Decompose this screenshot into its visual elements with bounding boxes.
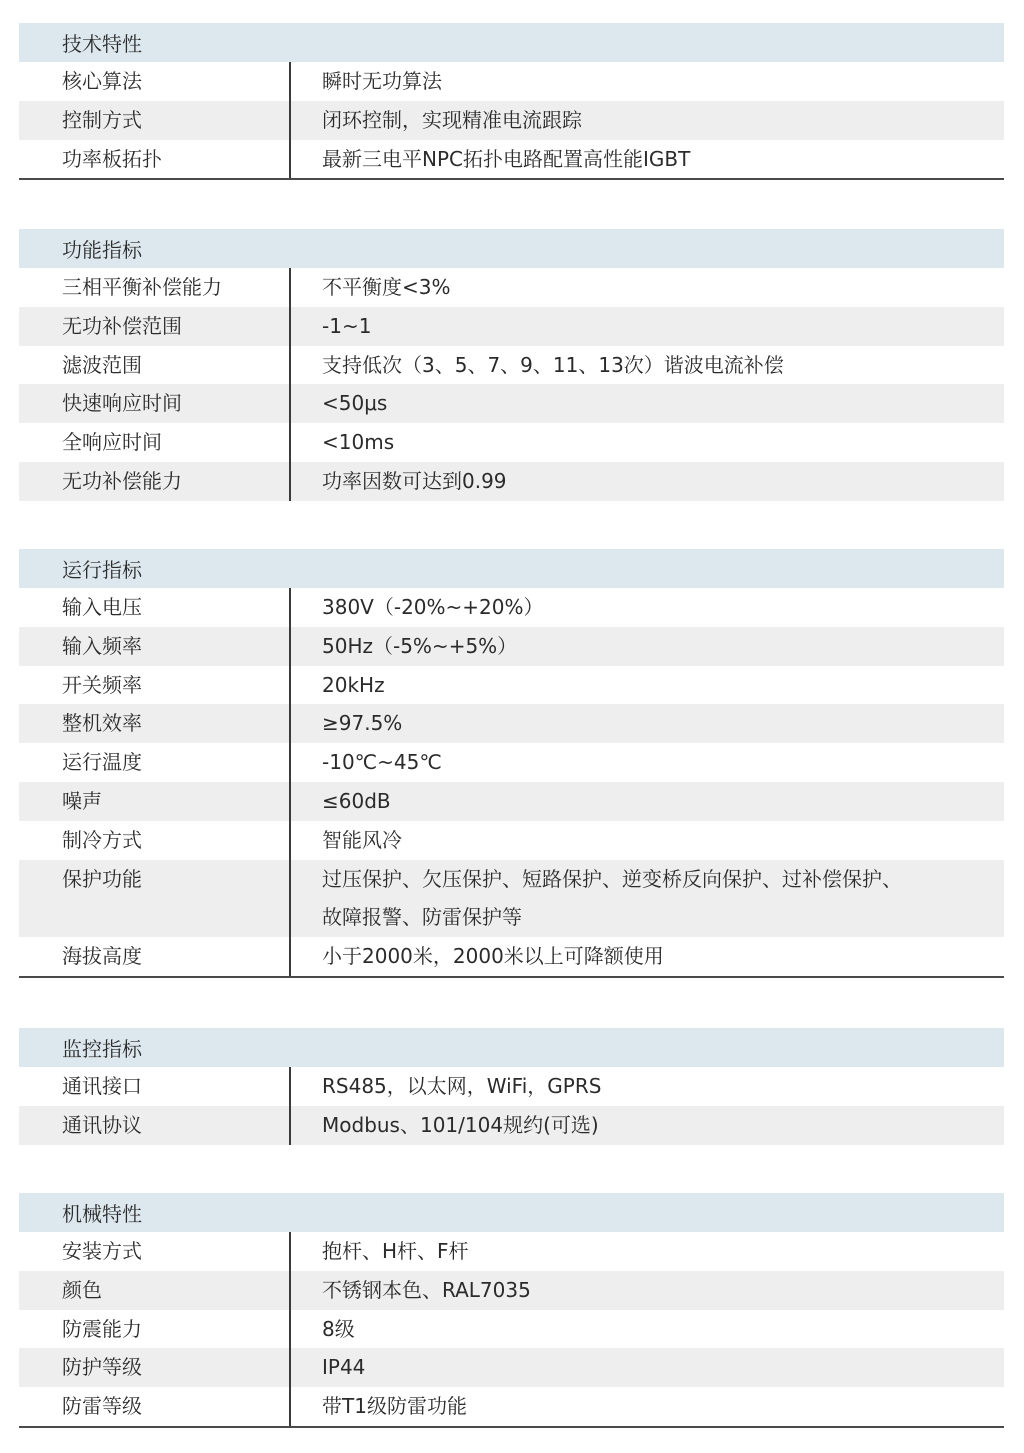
row-value: -1~1: [291, 307, 1004, 346]
row-value: 380V（-20%~+20%）: [291, 588, 1004, 627]
spec-section-mechanical: 机械特性 安装方式 抱杆、H杆、F杆 颜色 不锈钢本色、RAL7035 防震能力…: [19, 1193, 1004, 1428]
table-row: 安装方式 抱杆、H杆、F杆: [19, 1232, 1004, 1271]
row-key: 保护功能: [19, 860, 291, 938]
table-row: 通讯协议 Modbus、101/104规约(可选): [19, 1106, 1004, 1145]
row-key: 通讯接口: [19, 1067, 291, 1106]
table-row: 核心算法 瞬时无功算法: [19, 62, 1004, 101]
table-row: 全响应时间 <10ms: [19, 423, 1004, 462]
row-value: 不平衡度<3%: [291, 268, 1004, 307]
row-value: 功率因数可达到0.99: [291, 462, 1004, 501]
row-key: 颜色: [19, 1271, 291, 1310]
row-key: 无功补偿能力: [19, 462, 291, 501]
table-row: 滤波范围 支持低次（3、5、7、9、11、13次）谐波电流补偿: [19, 346, 1004, 385]
table-row: 保护功能 过压保护、欠压保护、短路保护、逆变桥反向保护、过补偿保护、 故障报警、…: [19, 860, 1004, 938]
row-value: 智能风冷: [291, 821, 1004, 860]
row-key: 无功补偿范围: [19, 307, 291, 346]
section-title: 功能指标: [19, 229, 1004, 268]
spec-section-technical: 技术特性 核心算法 瞬时无功算法 控制方式 闭环控制，实现精准电流跟踪 功率板拓…: [19, 23, 1004, 180]
row-value: 抱杆、H杆、F杆: [291, 1232, 1004, 1271]
section-title: 监控指标: [19, 1028, 1004, 1067]
row-value: Modbus、101/104规约(可选): [291, 1106, 1004, 1145]
table-row: 三相平衡补偿能力 不平衡度<3%: [19, 268, 1004, 307]
row-key: 功率板拓扑: [19, 140, 291, 179]
row-key: 控制方式: [19, 101, 291, 140]
spec-section-operating: 运行指标 输入电压 380V（-20%~+20%） 输入频率 50Hz（-5%~…: [19, 549, 1004, 978]
row-value: 小于2000米，2000米以上可降额使用: [291, 937, 1004, 976]
spec-table: 安装方式 抱杆、H杆、F杆 颜色 不锈钢本色、RAL7035 防震能力 8级 防…: [19, 1232, 1004, 1428]
row-value: 20kHz: [291, 666, 1004, 705]
row-key: 全响应时间: [19, 423, 291, 462]
row-value: <10ms: [291, 423, 1004, 462]
row-value: ≤60dB: [291, 782, 1004, 821]
row-value: ≥97.5%: [291, 704, 1004, 743]
table-row: 防雷等级 带T1级防雷功能: [19, 1387, 1004, 1426]
spec-table: 通讯接口 RS485，以太网，WiFi，GPRS 通讯协议 Modbus、101…: [19, 1067, 1004, 1145]
table-row: 通讯接口 RS485，以太网，WiFi，GPRS: [19, 1067, 1004, 1106]
spec-table: 核心算法 瞬时无功算法 控制方式 闭环控制，实现精准电流跟踪 功率板拓扑 最新三…: [19, 62, 1004, 180]
spec-section-functional: 功能指标 三相平衡补偿能力 不平衡度<3% 无功补偿范围 -1~1 滤波范围 支…: [19, 229, 1004, 501]
row-value: 8级: [291, 1310, 1004, 1349]
row-key: 安装方式: [19, 1232, 291, 1271]
table-row: 控制方式 闭环控制，实现精准电流跟踪: [19, 101, 1004, 140]
table-row: 输入频率 50Hz（-5%~+5%）: [19, 627, 1004, 666]
row-key: 整机效率: [19, 704, 291, 743]
table-row: 防震能力 8级: [19, 1310, 1004, 1349]
table-row: 运行温度 -10℃~45℃: [19, 743, 1004, 782]
row-value: 50Hz（-5%~+5%）: [291, 627, 1004, 666]
row-value: RS485，以太网，WiFi，GPRS: [291, 1067, 1004, 1106]
row-key: 海拔高度: [19, 937, 291, 976]
row-key: 输入频率: [19, 627, 291, 666]
row-key: 输入电压: [19, 588, 291, 627]
row-value: <50μs: [291, 384, 1004, 423]
row-value: IP44: [291, 1348, 1004, 1387]
table-row: 颜色 不锈钢本色、RAL7035: [19, 1271, 1004, 1310]
table-row: 制冷方式 智能风冷: [19, 821, 1004, 860]
spec-table: 输入电压 380V（-20%~+20%） 输入频率 50Hz（-5%~+5%） …: [19, 588, 1004, 978]
row-value: 闭环控制，实现精准电流跟踪: [291, 101, 1004, 140]
table-row: 无功补偿范围 -1~1: [19, 307, 1004, 346]
row-key: 三相平衡补偿能力: [19, 268, 291, 307]
table-row: 噪声 ≤60dB: [19, 782, 1004, 821]
row-key: 快速响应时间: [19, 384, 291, 423]
table-row: 海拔高度 小于2000米，2000米以上可降额使用: [19, 937, 1004, 976]
table-row: 防护等级 IP44: [19, 1348, 1004, 1387]
row-key: 防雷等级: [19, 1387, 291, 1426]
spec-table: 三相平衡补偿能力 不平衡度<3% 无功补偿范围 -1~1 滤波范围 支持低次（3…: [19, 268, 1004, 501]
spec-section-monitoring: 监控指标 通讯接口 RS485，以太网，WiFi，GPRS 通讯协议 Modbu…: [19, 1028, 1004, 1145]
row-value: 带T1级防雷功能: [291, 1387, 1004, 1426]
row-value: -10℃~45℃: [291, 743, 1004, 782]
table-row: 开关频率 20kHz: [19, 666, 1004, 705]
row-key: 滤波范围: [19, 346, 291, 385]
row-key: 开关频率: [19, 666, 291, 705]
table-row: 无功补偿能力 功率因数可达到0.99: [19, 462, 1004, 501]
row-value: 过压保护、欠压保护、短路保护、逆变桥反向保护、过补偿保护、 故障报警、防雷保护等: [291, 860, 1004, 938]
table-row: 快速响应时间 <50μs: [19, 384, 1004, 423]
row-value: 支持低次（3、5、7、9、11、13次）谐波电流补偿: [291, 346, 1004, 385]
section-title: 技术特性: [19, 23, 1004, 62]
row-key: 通讯协议: [19, 1106, 291, 1145]
row-key: 制冷方式: [19, 821, 291, 860]
table-row: 整机效率 ≥97.5%: [19, 704, 1004, 743]
row-key: 防护等级: [19, 1348, 291, 1387]
table-row: 功率板拓扑 最新三电平NPC拓扑电路配置高性能IGBT: [19, 140, 1004, 179]
table-row: 输入电压 380V（-20%~+20%）: [19, 588, 1004, 627]
row-key: 噪声: [19, 782, 291, 821]
row-key: 运行温度: [19, 743, 291, 782]
row-value: 最新三电平NPC拓扑电路配置高性能IGBT: [291, 140, 1004, 179]
row-key: 防震能力: [19, 1310, 291, 1349]
row-value: 瞬时无功算法: [291, 62, 1004, 101]
section-title: 运行指标: [19, 549, 1004, 588]
row-value: 不锈钢本色、RAL7035: [291, 1271, 1004, 1310]
section-title: 机械特性: [19, 1193, 1004, 1232]
row-key: 核心算法: [19, 62, 291, 101]
